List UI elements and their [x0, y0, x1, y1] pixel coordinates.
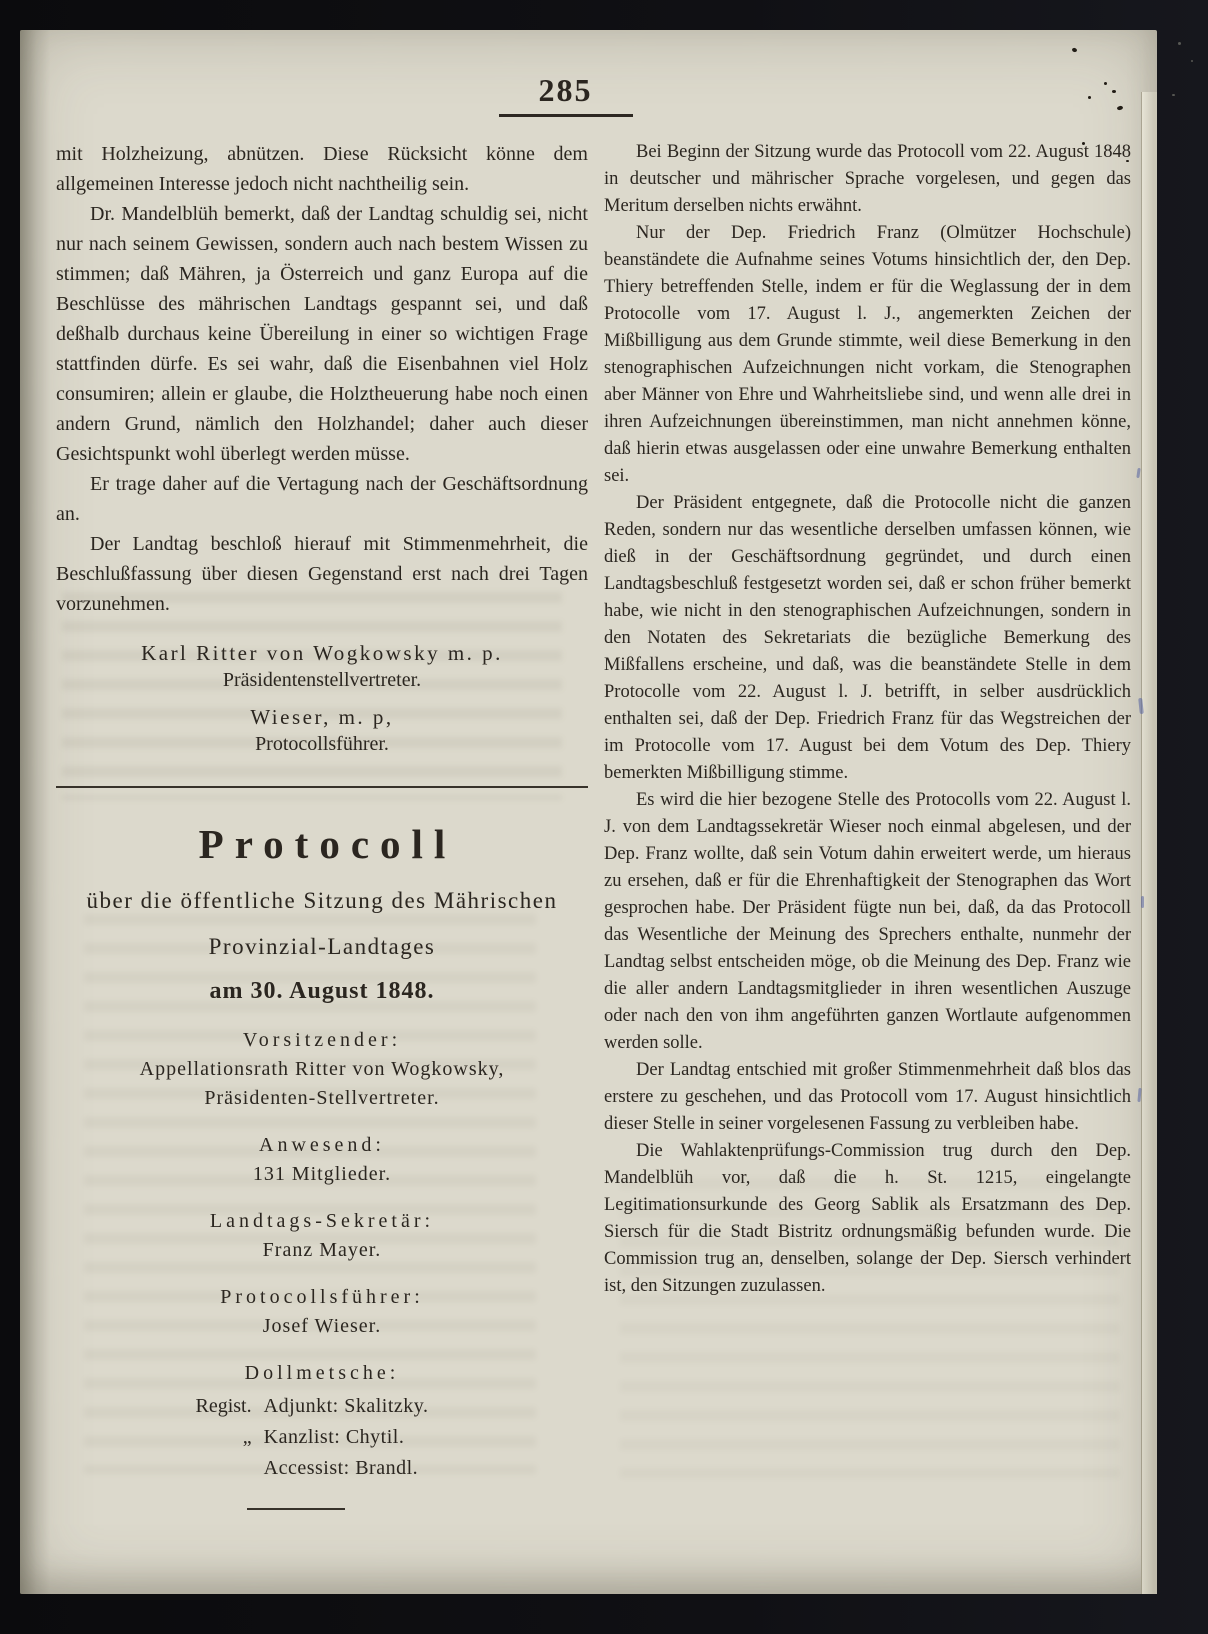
protocol-subtitle: über die öffentliche Sitzung des Mährisc… — [56, 888, 588, 914]
paragraph: mit Holzheizung, abnützen. Diese Rücksic… — [56, 139, 588, 199]
dust-speck — [1191, 60, 1193, 62]
book-page: 285 mit Holzheizung, abnützen. Diese Rüc… — [20, 30, 1157, 1594]
dolmetsche-row: Adjunkt: Skalitzky. — [264, 1391, 429, 1422]
two-column-text: mit Holzheizung, abnützen. Diese Rücksic… — [56, 139, 1131, 1510]
role-line: Appellationsrath Ritter von Wogkowsky, — [56, 1058, 588, 1081]
ink-speck — [1126, 160, 1129, 162]
paragraph: Der Landtag entschied mit großer Stimmen… — [604, 1057, 1131, 1138]
page-number-rule — [499, 114, 633, 117]
role-label: Protocollsführer: — [56, 1286, 588, 1309]
role-block-protocollsfuehrer: Protocollsführer: Josef Wieser. — [56, 1286, 588, 1338]
role-label: Vorsitzender: — [56, 1029, 588, 1052]
protocol-heading: Protocoll über die öffentliche Sitzung d… — [56, 820, 588, 1005]
role-block-sekretaer: Landtags-Sekretär: Franz Mayer. — [56, 1210, 588, 1262]
role-line: 131 Mitglieder. — [56, 1163, 588, 1186]
page-content: 285 mit Holzheizung, abnützen. Diese Rüc… — [20, 30, 1157, 1594]
right-column: Bei Beginn der Sitzung wurde das Protoco… — [604, 139, 1131, 1510]
paragraph: Es wird die hier bezogene Stelle des Pro… — [604, 787, 1131, 1057]
role-block-vorsitzender: Vorsitzender: Appellationsrath Ritter vo… — [56, 1029, 588, 1110]
dust-speck — [1178, 42, 1181, 45]
signer-name: Wieser, m. p, — [56, 705, 588, 730]
dust-speck — [1172, 94, 1175, 96]
page-number: 285 — [28, 74, 1103, 106]
role-label: Landtags-Sekretär: — [56, 1210, 588, 1233]
signer-title: Präsidentenstellvertreter. — [56, 669, 588, 692]
ink-speck — [1088, 96, 1091, 99]
role-line: Franz Mayer. — [56, 1239, 588, 1262]
ditto-prefix: „ — [196, 1422, 252, 1453]
page-header: 285 — [28, 74, 1103, 117]
scanned-book-page: 285 mit Holzheizung, abnützen. Diese Rüc… — [0, 0, 1208, 1634]
ink-speck — [1104, 82, 1107, 85]
role-line: Josef Wieser. — [56, 1315, 588, 1338]
margin-mark — [1141, 896, 1144, 908]
signer-name: Karl Ritter von Wogkowsky m. p. — [56, 641, 588, 666]
paragraph: Bei Beginn der Sitzung wurde das Protoco… — [604, 139, 1131, 220]
signature-block: Karl Ritter von Wogkowsky m. p. Präsiden… — [56, 641, 588, 756]
ink-speck — [1112, 90, 1116, 93]
dolmetsche-row: Accessist: Brandl. — [264, 1453, 429, 1484]
ditto-prefix — [196, 1453, 252, 1484]
paragraph: Der Landtag beschloß hierauf mit Stimmen… — [56, 529, 588, 619]
protocol-date: am 30. August 1848. — [56, 978, 588, 1005]
paragraph: Nur der Dep. Friedrich Franz (Olmützer H… — [604, 220, 1131, 490]
role-label: Anwesend: — [56, 1134, 588, 1157]
dolmetsche-row: Kanzlist: Chytil. — [264, 1422, 429, 1453]
dolmetsche-rows: Regist. Adjunkt: Skalitzky. „ Kanzlist: … — [196, 1391, 429, 1484]
end-divider-rule — [247, 1508, 345, 1510]
protocol-title: Protocoll — [56, 820, 588, 868]
ink-speck — [1082, 142, 1085, 145]
left-column: mit Holzheizung, abnützen. Diese Rücksic… — [56, 139, 588, 1510]
dolmetsche-label: Dollmetsche: — [56, 1362, 588, 1385]
paragraph: Dr. Mandelblüh bemerkt, daß der Landtag … — [56, 199, 588, 469]
paragraph: Die Wahlaktenprüfungs-Commission trug du… — [604, 1138, 1131, 1300]
paragraph: Der Präsident entgegnete, daß die Protoc… — [604, 490, 1131, 787]
dolmetsche-block: Dollmetsche: Regist. Adjunkt: Skalitzky.… — [56, 1362, 588, 1484]
protocol-subtitle: Provinzial-Landtages — [56, 934, 588, 960]
ditto-prefix: Regist. — [196, 1391, 252, 1422]
signer-title: Protocollsführer. — [56, 733, 588, 756]
section-divider-rule — [56, 786, 588, 788]
role-line: Präsidenten-Stellvertreter. — [56, 1087, 588, 1110]
paragraph: Er trage daher auf die Vertagung nach de… — [56, 469, 588, 529]
role-block-anwesend: Anwesend: 131 Mitglieder. — [56, 1134, 588, 1186]
